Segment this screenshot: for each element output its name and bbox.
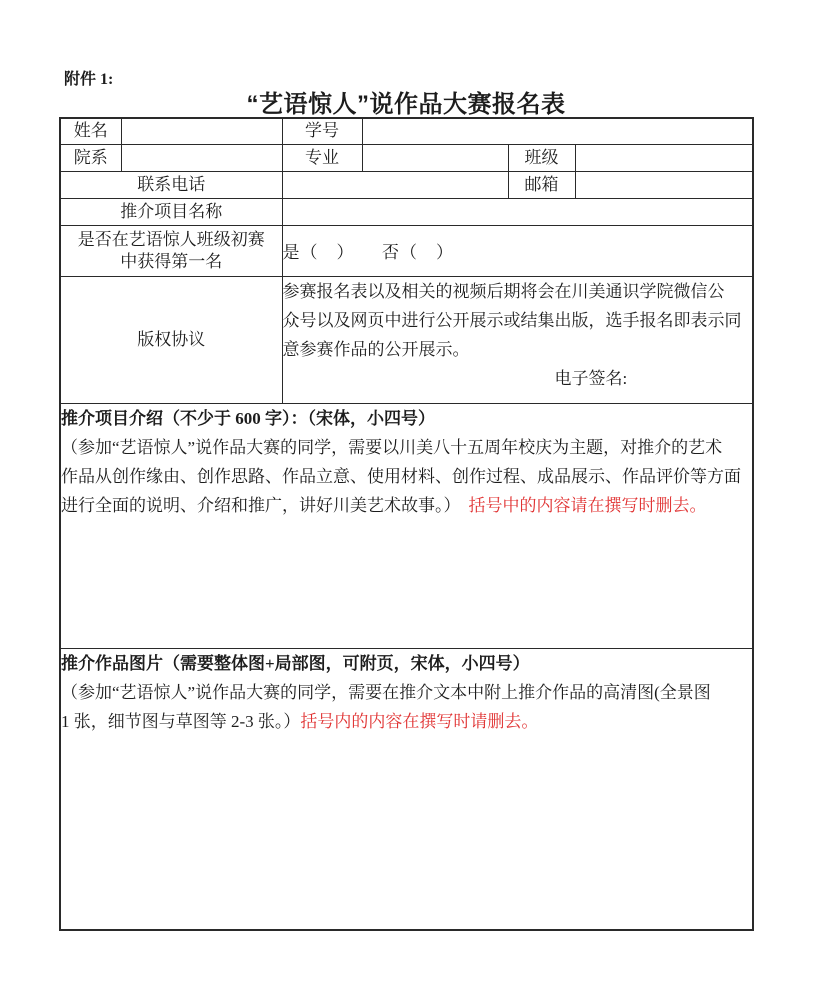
department-input-cell[interactable]: [121, 144, 282, 171]
page-title: “艺语惊人”说作品大赛报名表: [59, 84, 753, 119]
department-label: 院系: [60, 144, 121, 171]
esignature-line: 电子签名:: [555, 364, 753, 393]
work-images-instructions: （参加“艺语惊人”说作品大赛的同学，需要在推介文本中附上推介作品的高清图(全景图…: [61, 678, 752, 736]
name-input-cell[interactable]: [121, 118, 282, 144]
first-place-options-cell[interactable]: 是（ ） 否（ ）: [282, 225, 753, 276]
project-intro-delete-note: 括号中的内容请在撰写时删去。: [469, 496, 707, 515]
project-name-label: 推介项目名称: [60, 198, 282, 225]
table-row: 姓名 学号: [60, 118, 753, 144]
name-label: 姓名: [60, 118, 121, 144]
phone-input-cell[interactable]: [282, 171, 508, 198]
first-place-question-label: 是否在艺语惊人班级初赛 中获得第一名: [60, 225, 282, 276]
student-id-input-cell[interactable]: [362, 118, 753, 144]
major-input-cell[interactable]: [362, 144, 508, 171]
table-row: 推介作品图片（需要整体图+局部图，可附页，宋体，小四号） （参加“艺语惊人”说作…: [60, 648, 753, 930]
phone-label: 联系电话: [60, 171, 282, 198]
table-row: 推介项目名称: [60, 198, 753, 225]
table-row: 是否在艺语惊人班级初赛 中获得第一名 是（ ） 否（ ）: [60, 225, 753, 276]
document-page: 附件 1: “艺语惊人”说作品大赛报名表 姓名 学号 院系 专业 班级 联系电话: [0, 0, 830, 1000]
copyright-agreement-cell: 参赛报名表以及相关的视频后期将会在川美通识学院微信公 众号以及网页中进行公开展示…: [282, 276, 753, 403]
table-row: 推介项目介绍（不少于 600 字）：（宋体，小四号） （参加“艺语惊人”说作品大…: [60, 403, 753, 648]
copyright-agreement-text: 参赛报名表以及相关的视频后期将会在川美通识学院微信公 众号以及网页中进行公开展示…: [283, 277, 753, 364]
work-images-delete-note: 括号内的内容在撰写时请删去。: [300, 712, 538, 731]
registration-form-table: 姓名 学号 院系 专业 班级 联系电话 邮箱 推介项目名称 是否在艺语惊人班级初…: [59, 117, 754, 931]
table-row: 院系 专业 班级: [60, 144, 753, 171]
project-intro-section-cell: 推介项目介绍（不少于 600 字）：（宋体，小四号） （参加“艺语惊人”说作品大…: [60, 403, 753, 648]
esignature-input[interactable]: [627, 375, 737, 393]
project-name-input-cell[interactable]: [282, 198, 753, 225]
class-label: 班级: [508, 144, 575, 171]
project-intro-instructions: （参加“艺语惊人”说作品大赛的同学，需要以川美八十五周年校庆为主题，对推介的艺术…: [61, 433, 752, 520]
email-input-cell[interactable]: [575, 171, 753, 198]
class-input-cell[interactable]: [575, 144, 753, 171]
major-label: 专业: [282, 144, 362, 171]
table-row: 版权协议 参赛报名表以及相关的视频后期将会在川美通识学院微信公 众号以及网页中进…: [60, 276, 753, 403]
work-images-heading: 推介作品图片（需要整体图+局部图，可附页，宋体，小四号）: [61, 649, 752, 678]
table-row: 联系电话 邮箱: [60, 171, 753, 198]
project-intro-heading: 推介项目介绍（不少于 600 字）：（宋体，小四号）: [61, 404, 752, 433]
project-intro-input-area[interactable]: [61, 520, 752, 630]
esignature-label: 电子签名:: [555, 369, 628, 388]
work-images-section-cell: 推介作品图片（需要整体图+局部图，可附页，宋体，小四号） （参加“艺语惊人”说作…: [60, 648, 753, 930]
email-label: 邮箱: [508, 171, 575, 198]
work-images-input-area[interactable]: [61, 736, 752, 906]
student-id-label: 学号: [282, 118, 362, 144]
copyright-label: 版权协议: [60, 276, 282, 403]
